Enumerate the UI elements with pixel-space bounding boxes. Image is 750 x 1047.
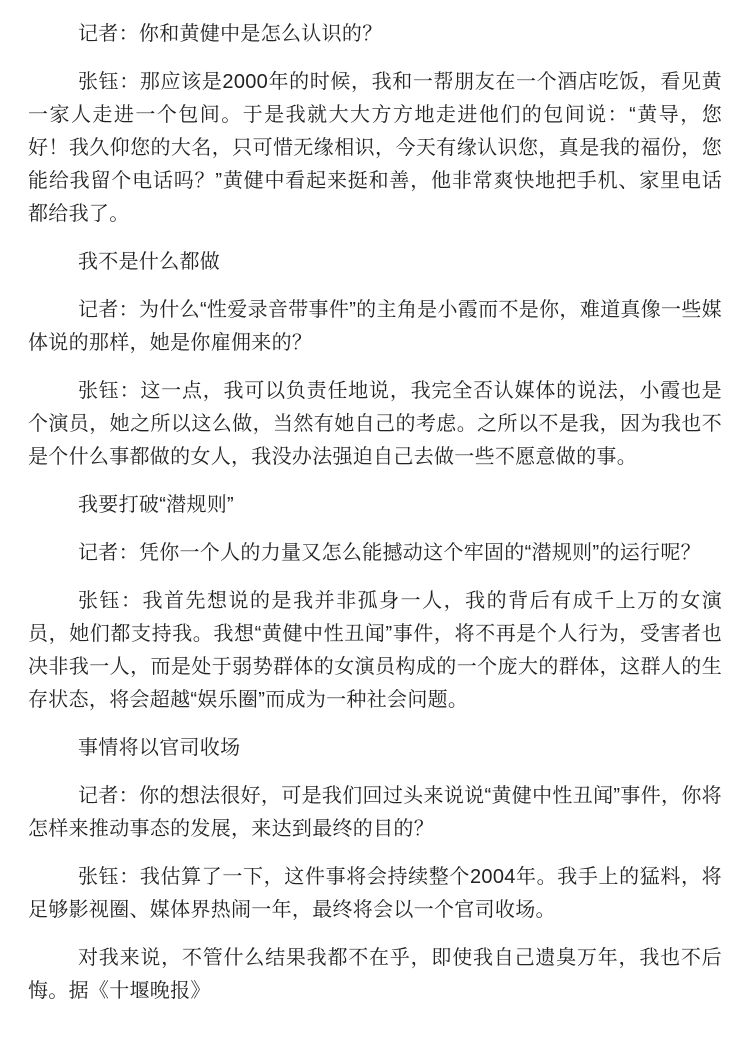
section-heading-2: 我要打破“潜规则” <box>28 489 722 522</box>
interview-question-3: 记者：凭你一个人的力量又怎么能撼动这个牢固的“潜规则”的运行呢？ <box>28 537 722 570</box>
interview-answer-5-source-note: 对我来说，不管什么结果我都不在乎，即使我自己遗臭万年，我也不后悔。据《十堰晚报》 <box>28 942 722 1008</box>
section-heading-3: 事情将以官司收场 <box>28 732 722 765</box>
interview-question-2: 记者：为什么“性爱录音带事件”的主角是小霞而不是你，难道真像一些媒体说的那样，她… <box>28 294 722 360</box>
interview-answer-1: 张钰：那应该是2000年的时候，我和一帮朋友在一个酒店吃饭，看见黄一家人走进一个… <box>28 66 722 231</box>
interview-answer-3: 张钰：我首先想说的是我并非孤身一人，我的背后有成千上万的女演员，她们都支持我。我… <box>28 585 722 717</box>
interview-answer-4: 张钰：我估算了一下，这件事将会持续整个2004年。我手上的猛料，将足够影视圈、媒… <box>28 861 722 927</box>
interview-answer-2: 张钰：这一点，我可以负责任地说，我完全否认媒体的说法，小霞也是个演员，她之所以这… <box>28 375 722 474</box>
article-page: 记者：你和黄健中是怎么认识的？ 张钰：那应该是2000年的时候，我和一帮朋友在一… <box>0 0 750 1047</box>
interview-question-4: 记者：你的想法很好，可是我们回过头来说说“黄健中性丑闻”事件，你将怎样来推动事态… <box>28 780 722 846</box>
interview-question-1: 记者：你和黄健中是怎么认识的？ <box>28 18 722 51</box>
section-heading-1: 我不是什么都做 <box>28 246 722 279</box>
